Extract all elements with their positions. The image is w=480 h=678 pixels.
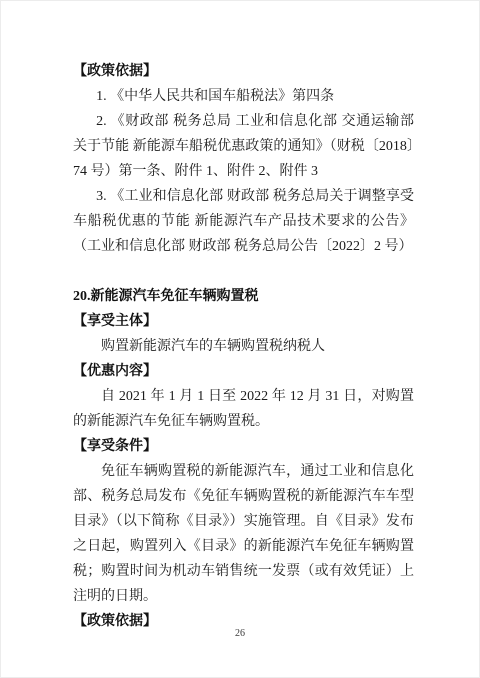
doc-heading: 【政策依据】: [73, 59, 414, 84]
doc-paragraph: 购置新能源汽车的车辆购置税纳税人: [73, 334, 414, 359]
doc-list-item: 2. 《财政部 税务总局 工业和信息化部 交通运输部关于节能 新能源车船税优惠政…: [73, 109, 414, 184]
doc-list-item: 3. 《工业和信息化部 财政部 税务总局关于调整享受车船税优惠的节能 新能源汽车…: [73, 184, 414, 259]
doc-section-title: 20.新能源汽车免征车辆购置税: [73, 284, 414, 309]
doc-paragraph: 自 2021 年 1 月 1 日至 2022 年 12 月 31 日，对购置的新…: [73, 384, 414, 434]
doc-paragraph: 免征车辆购置税的新能源汽车，通过工业和信息化部、税务总局发布《免征车辆购置税的新…: [73, 459, 414, 609]
doc-heading: 【优惠内容】: [73, 359, 414, 384]
doc-heading: 【享受主体】: [73, 309, 414, 334]
document-page: 【政策依据】1. 《中华人民共和国车船税法》第四条2. 《财政部 税务总局 工业…: [0, 0, 480, 678]
page-number: 26: [1, 628, 479, 639]
document-body: 【政策依据】1. 《中华人民共和国车船税法》第四条2. 《财政部 税务总局 工业…: [73, 59, 414, 634]
doc-heading: 【享受条件】: [73, 434, 414, 459]
doc-list-item: 1. 《中华人民共和国车船税法》第四条: [73, 84, 414, 109]
